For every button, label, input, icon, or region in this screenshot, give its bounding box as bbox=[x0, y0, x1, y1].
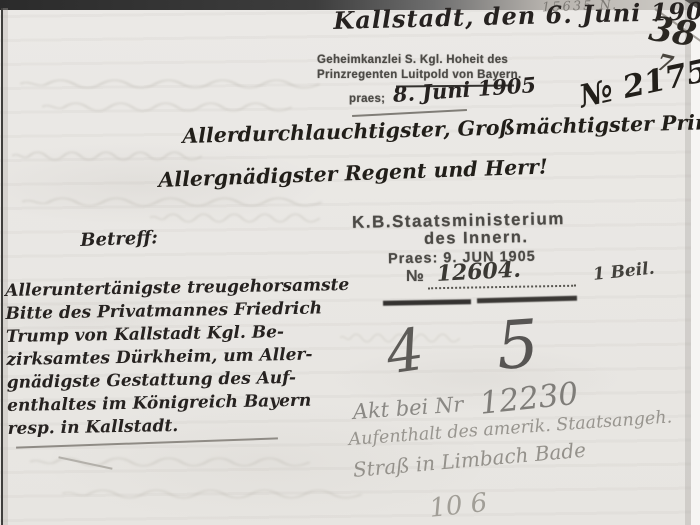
bleedthrough-texture bbox=[30, 456, 310, 468]
chancellery-stamp-line1: Geheimkanzlei S. Kgl. Hoheit des bbox=[317, 54, 508, 66]
praes-flourish-line bbox=[352, 109, 467, 117]
bleedthrough-texture bbox=[150, 212, 320, 224]
subject-line: resp. in Kallstadt. bbox=[7, 412, 351, 441]
registry-mark-5: 5 bbox=[494, 305, 541, 385]
subject-paragraph: Alleruntertänigste treugehorsamste Bitte… bbox=[5, 274, 352, 441]
bleedthrough-texture bbox=[20, 78, 320, 90]
pencil-note-line4: 10 6 bbox=[428, 488, 489, 524]
bleedthrough-texture bbox=[12, 150, 202, 162]
place-date-line: Kallstadt, den 6. Juni 1905. bbox=[333, 0, 700, 35]
scan-left-shadow bbox=[3, 8, 8, 525]
crossed-out-smudge-right bbox=[477, 296, 577, 303]
reference-number-handwritten: № 2175 bbox=[576, 53, 700, 115]
scanned-document-page: 15635 N. Kallstadt, den 6. Juni 1905. 38… bbox=[0, 0, 700, 525]
praes-stamp-label: praes; bbox=[349, 93, 385, 105]
salutation-line1: Allerdurchlauchtigster, Großmächtigster … bbox=[182, 107, 700, 148]
ministry-stamp-line2: des Innern. bbox=[424, 228, 529, 249]
page-number: 38 bbox=[646, 9, 698, 55]
subject-label: Betreff: bbox=[80, 227, 158, 251]
crossed-out-smudge-left bbox=[383, 299, 471, 305]
bleedthrough-texture bbox=[22, 196, 322, 208]
salutation-line2: Allergnädigster Regent und Herr! bbox=[158, 154, 548, 192]
act-note-prefix: Akt bei Nr bbox=[352, 392, 464, 424]
bleedthrough-texture bbox=[42, 101, 292, 113]
registry-mark-4: 4 bbox=[382, 315, 428, 387]
bleedthrough-texture bbox=[62, 488, 362, 500]
ministry-number-label: № bbox=[406, 268, 424, 286]
enclosure-note-handwritten: 1 Beil. bbox=[592, 259, 656, 285]
ministry-number-handwritten: 12604. bbox=[436, 257, 521, 287]
